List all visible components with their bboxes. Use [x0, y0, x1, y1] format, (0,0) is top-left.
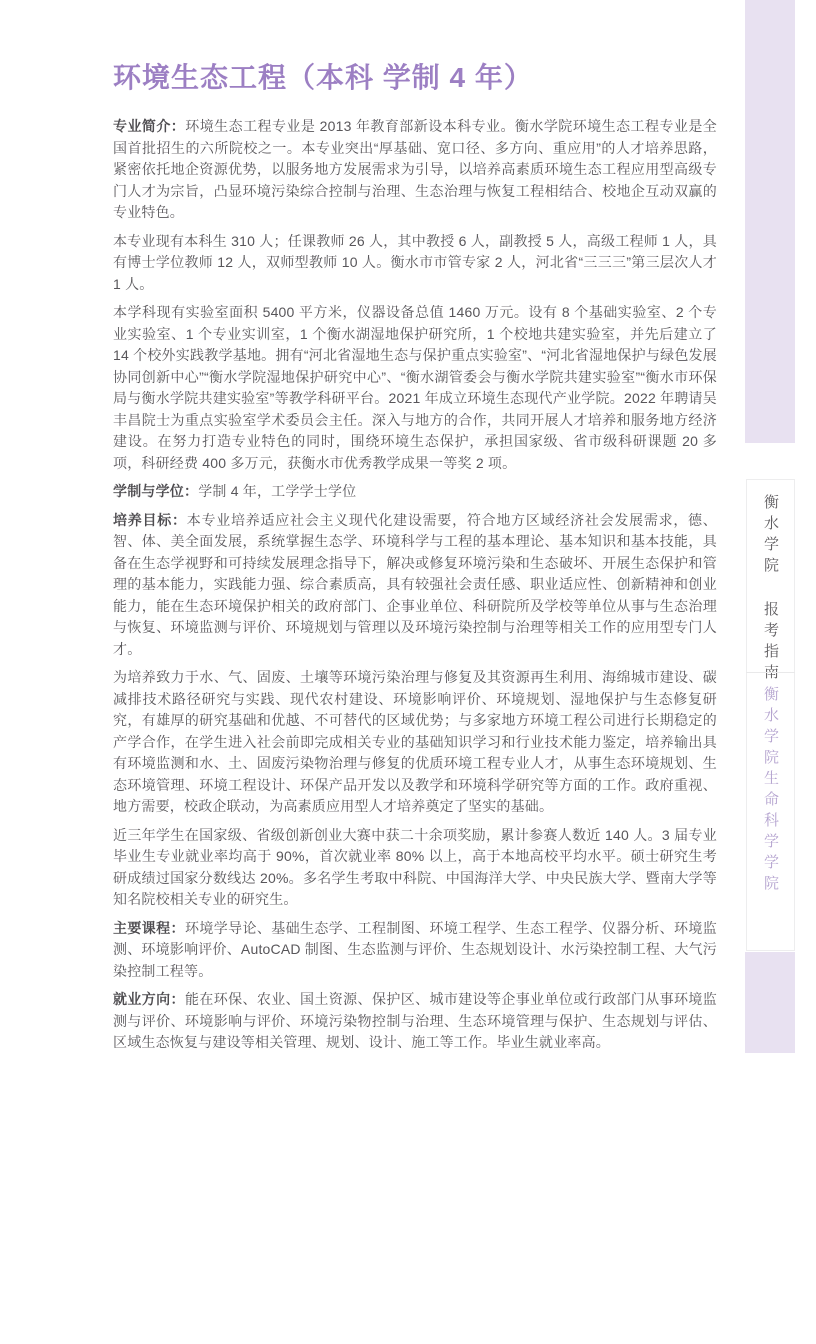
paragraph: 培养目标：本专业培养适应社会主义现代化建设需要，符合地方区域经济社会发展需求，德…	[113, 510, 717, 661]
paragraph: 就业方向：能在环保、农业、国土资源、保护区、城市建设等企事业单位或行政部门从事环…	[113, 989, 717, 1054]
guide-title-vertical: 衡水学院 报考指南	[763, 494, 778, 666]
paragraph-label: 学制与学位：	[113, 483, 198, 499]
paragraph: 为培养致力于水、气、固废、土壤等环境污染治理与修复及其资源再生利用、海绵城市建设…	[113, 667, 717, 818]
paragraph: 本学科现有实验室面积 5400 平方米，仪器设备总值 1460 万元。设有 8 …	[113, 302, 717, 474]
main-content: 环境生态工程（本科 学制 4 年） 专业简介：环境生态工程专业是 2013 年教…	[113, 60, 717, 1061]
paragraph-label: 培养目标：	[113, 512, 187, 528]
paragraph: 学制与学位：学制 4 年，工学学士学位	[113, 481, 717, 503]
college-name-vertical: 衡水学院生命科学学院	[763, 686, 778, 896]
paragraph: 近三年学生在国家级、省级创新创业大赛中获二十余项奖励，累计参赛人数近 140 人…	[113, 825, 717, 911]
paragraph: 主要课程：环境学导论、基础生态学、工程制图、环境工程学、生态工程学、仪器分析、环…	[113, 918, 717, 983]
paragraph-label: 就业方向：	[113, 991, 185, 1007]
tab-divider	[746, 672, 795, 673]
sidebar-tab: 衡水学院 报考指南 衡水学院生命科学学院	[746, 479, 795, 951]
paragraph: 本专业现有本科生 310 人；任课教师 26 人，其中教授 6 人，副教授 5 …	[113, 231, 717, 296]
sidebar-accent-top	[745, 0, 795, 443]
page-title: 环境生态工程（本科 学制 4 年）	[113, 60, 717, 96]
paragraph-label: 主要课程：	[113, 920, 185, 936]
sidebar-accent-bottom	[745, 952, 795, 1053]
paragraph: 专业简介：环境生态工程专业是 2013 年教育部新设本科专业。衡水学院环境生态工…	[113, 116, 717, 224]
paragraph-label: 专业简介：	[113, 118, 185, 134]
paragraph-list: 专业简介：环境生态工程专业是 2013 年教育部新设本科专业。衡水学院环境生态工…	[113, 116, 717, 1054]
